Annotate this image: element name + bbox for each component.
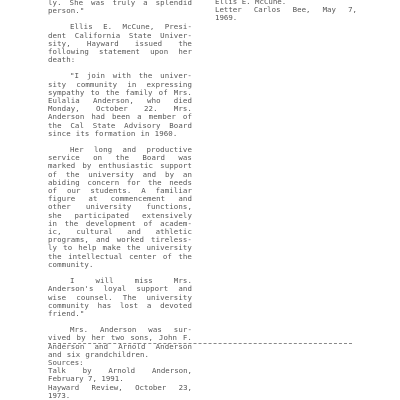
text-line: person.": [48, 7, 192, 15]
dashed-separator: [48, 343, 352, 344]
left-column: ly. She was truly a splendid person." El…: [48, 0, 192, 367]
text-line: since its formation in 1960.: [48, 130, 192, 138]
text-line: friend.": [48, 310, 192, 318]
right-column-citation: Ellis E. McCune. Letter Carlos Bee, May …: [215, 0, 357, 23]
statement-paragraph-1: "I join with the univer- sity community …: [48, 72, 192, 138]
text-line: community.: [48, 261, 192, 269]
statement-paragraph-2: Her long and productive service on the B…: [48, 146, 192, 269]
quote-ending-paragraph: ly. She was truly a splendid person.": [48, 0, 192, 15]
text-line: 1969.: [215, 14, 357, 22]
mccune-intro-paragraph: Ellis E. McCune, Presi- dent California …: [48, 23, 192, 64]
sources-section: Sources: Talk by Arnold Anderson, Februa…: [48, 359, 192, 400]
text-line: death:: [48, 56, 192, 64]
source-line: 1973.: [48, 392, 192, 400]
statement-paragraph-3: I will miss Mrs. Anderson's loyal suppor…: [48, 277, 192, 318]
